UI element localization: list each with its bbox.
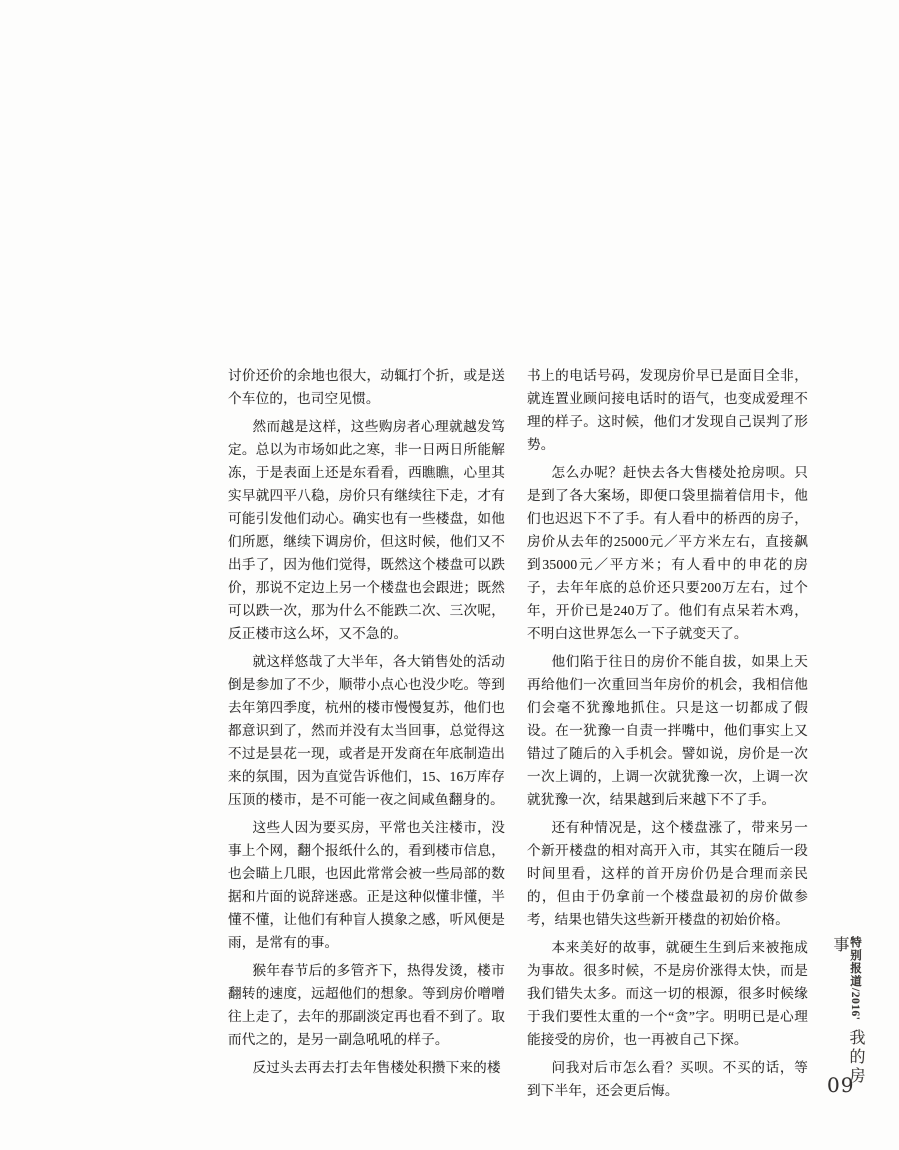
paragraph: 这些人因为要买房，平常也关注楼市，没事上个网，翻个报纸什么的，看到楼市信息，也会… — [228, 816, 505, 954]
paragraph: 怎么办呢？赶快去各大售楼处抢房呗。只是到了各大案场，即便口袋里揣着信用卡，他们也… — [527, 461, 808, 645]
article-column-right: 书上的电话号码，发现房价早已是面目全非，就连置业顾问接电话时的语气，也变成爱理不… — [527, 364, 808, 1102]
paragraph: 猴年春节后的多管齐下，热得发烫，楼市翻转的速度，远超他们的想象。等到房价噌噌往上… — [228, 959, 505, 1051]
paragraph: 他们陷于往日的房价不能自拔，如果上天再给他们一次重回当年房价的机会，我相信他们会… — [527, 650, 808, 811]
sidebar-vertical-label: 特别报道/2016'我的房事 — [831, 936, 863, 1096]
paragraph: 就这样悠哉了大半年，各大销售处的活动倒是参加了不少，顺带小点心也没少吃。等到去年… — [228, 650, 505, 811]
year-label: /2016' — [849, 988, 861, 1020]
paragraph: 本来美好的故事，就硬生生到后来被拖成为事故。很多时候，不是房价涨得太快，而是我们… — [527, 936, 808, 1051]
magazine-page: 讨价还价的余地也很大，动辄打个折，或是送个车位的，也司空见惯。然而越是这样，这些… — [0, 0, 899, 1150]
paragraph: 然而越是这样，这些购房者心理就越发笃定。总以为市场如此之寒，非一日两日所能解冻，… — [228, 415, 505, 645]
section-label: 特别报道 — [849, 936, 861, 988]
paragraph: 还有种情况是，这个楼盘涨了，带来另一个新开楼盘的相对高开入市，其实在随后一段时间… — [527, 816, 808, 931]
article-column-left: 讨价还价的余地也很大，动辄打个折，或是送个车位的，也司空见惯。然而越是这样，这些… — [228, 364, 505, 1079]
paragraph: 问我对后市怎么看？买呗。不买的话，等到下半年，还会更后悔。 — [527, 1056, 808, 1102]
paragraph: 反过头去再去打去年售楼处积攒下来的楼 — [228, 1056, 505, 1079]
paragraph: 书上的电话号码，发现房价早已是面目全非，就连置业顾问接电话时的语气，也变成爱理不… — [527, 364, 808, 456]
page-number: 09 — [827, 1073, 854, 1097]
paragraph: 讨价还价的余地也很大，动辄打个折，或是送个车位的，也司空见惯。 — [228, 364, 505, 410]
